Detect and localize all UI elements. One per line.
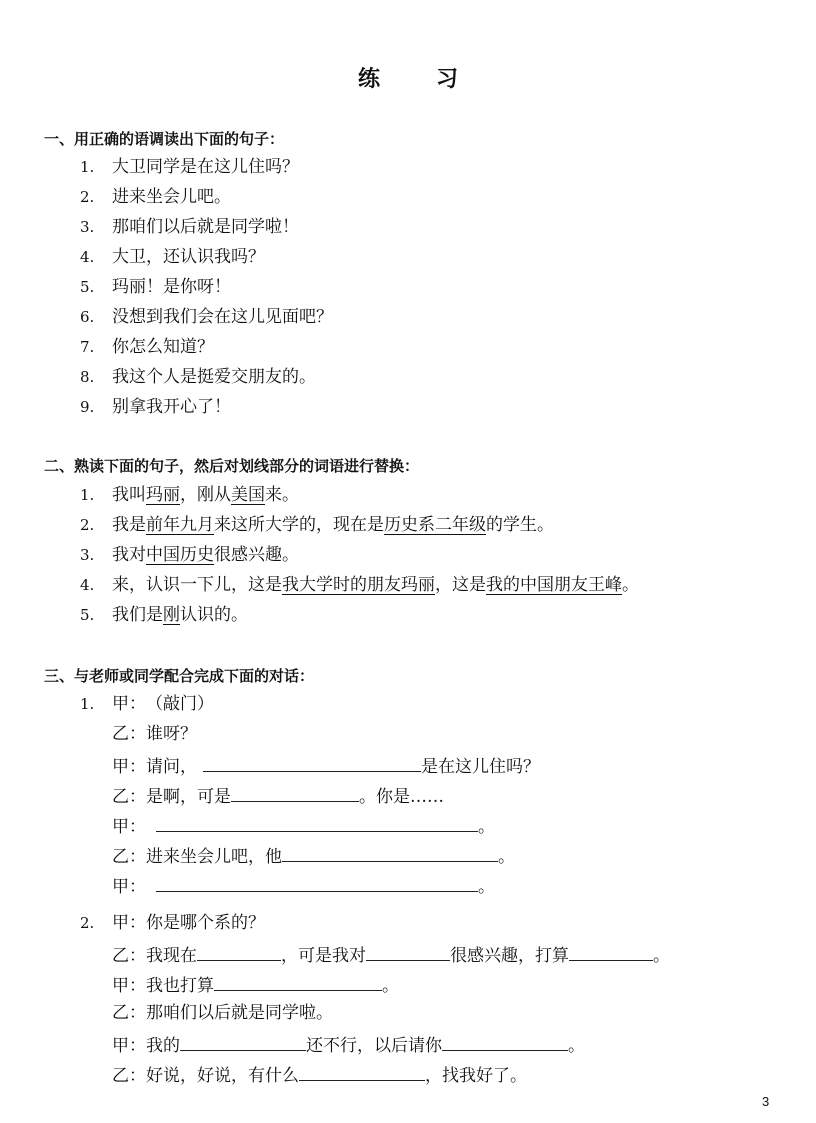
fill-in-blank[interactable] [299,1062,425,1081]
d1-line-1: 1.甲：（敲门） [80,693,214,715]
fill-in-blank[interactable] [231,783,359,802]
speaker-label: 甲： [112,975,146,997]
fill-in-blank[interactable] [197,942,281,961]
s2-item-4: 4.来，认识一下儿，这是我大学时的朋友玛丽，这是我的中国朋友王峰。 [80,574,639,596]
d1-line-7: 甲：。 [112,873,495,898]
fill-in-blank[interactable] [156,813,478,832]
title-char-1: 练 [358,62,380,93]
section-2-heading: 二、熟读下面的句子，然后对划线部分的词语进行替换： [44,455,419,476]
s2-item-1: 1.我叫玛丽，刚从美国来。 [80,484,299,506]
speaker-label: 乙： [112,786,146,808]
underlined-phrase: 刚 [163,605,180,625]
d2-line-2: 乙：我现在，可是我对很感兴趣，打算。 [112,942,670,967]
s1-item-2: 2.进来坐会儿吧。 [80,186,231,208]
s1-item-7: 7.你怎么知道？ [80,336,214,358]
speaker-label: 甲： [112,816,146,838]
title-char-2: 习 [436,62,458,93]
s1-item-8: 8.我这个人是挺爱交朋友的。 [80,366,316,388]
d1-line-2: 乙：谁呀？ [112,723,197,745]
s1-item-9: 9.别拿我开心了！ [80,396,231,418]
d2-line-6: 乙：好说，好说，有什么，找我好了。 [112,1062,527,1087]
underlined-phrase: 前年九月 [146,515,214,535]
fill-in-blank[interactable] [180,1032,306,1051]
underlined-phrase: 美国 [231,485,265,505]
fill-in-blank[interactable] [203,753,421,772]
d1-line-3: 甲：请问，是在这儿住吗？ [112,753,540,778]
d1-line-6: 乙：进来坐会儿吧，他。 [112,843,515,868]
speaker-label: 乙： [112,723,146,745]
underlined-phrase: 我的中国朋友王峰 [486,575,622,595]
speaker-label: 乙： [112,1002,146,1024]
underlined-phrase: 历史系二年级 [384,515,486,535]
d2-line-5: 甲：我的还不行，以后请你。 [112,1032,585,1057]
speaker-label: 乙： [112,846,146,868]
d2-line-1: 2.甲：你是哪个系的？ [80,912,265,934]
section-3-heading: 三、与老师或同学配合完成下面的对话： [44,665,314,686]
s2-item-5: 5.我们是刚认识的。 [80,604,248,626]
speaker-label: 甲： [112,756,146,778]
s2-item-3: 3.我对中国历史很感兴趣。 [80,544,299,566]
speaker-label: 甲： [112,876,146,898]
fill-in-blank[interactable] [366,942,450,961]
underlined-phrase: 中国历史 [146,545,214,565]
fill-in-blank[interactable] [156,873,478,892]
s1-item-6: 6.没想到我们会在这儿见面吧？ [80,306,333,328]
speaker-label: 甲： [112,912,146,934]
s1-item-4: 4.大卫，还认识我吗？ [80,246,265,268]
underlined-phrase: 我大学时的朋友玛丽 [282,575,435,595]
speaker-label: 甲： [112,1035,146,1057]
speaker-label: 乙： [112,1065,146,1087]
d1-line-4: 乙：是啊，可是。你是…… [112,783,444,808]
speaker-label: 乙： [112,945,146,967]
section-1-heading: 一、用正确的语调读出下面的句子： [44,128,284,149]
d2-line-4: 乙：那咱们以后就是同学啦。 [112,1002,333,1024]
d2-line-3: 甲：我也打算。 [112,972,399,997]
speaker-label: 甲： [112,693,146,715]
s2-item-2: 2.我是前年九月来这所大学的，现在是历史系二年级的学生。 [80,514,554,536]
page-number: 3 [762,1094,769,1109]
d1-line-5: 甲：。 [112,813,495,838]
s1-item-3: 3.那咱们以后就是同学啦！ [80,216,299,238]
underlined-phrase: 玛丽 [146,485,180,505]
fill-in-blank[interactable] [214,972,382,991]
fill-in-blank[interactable] [569,942,653,961]
page-title: 练习 [0,62,816,93]
s1-item-1: 1.大卫同学是在这儿住吗？ [80,156,299,178]
fill-in-blank[interactable] [442,1032,568,1051]
fill-in-blank[interactable] [282,843,498,862]
s1-item-5: 5.玛丽！是你呀！ [80,276,231,298]
